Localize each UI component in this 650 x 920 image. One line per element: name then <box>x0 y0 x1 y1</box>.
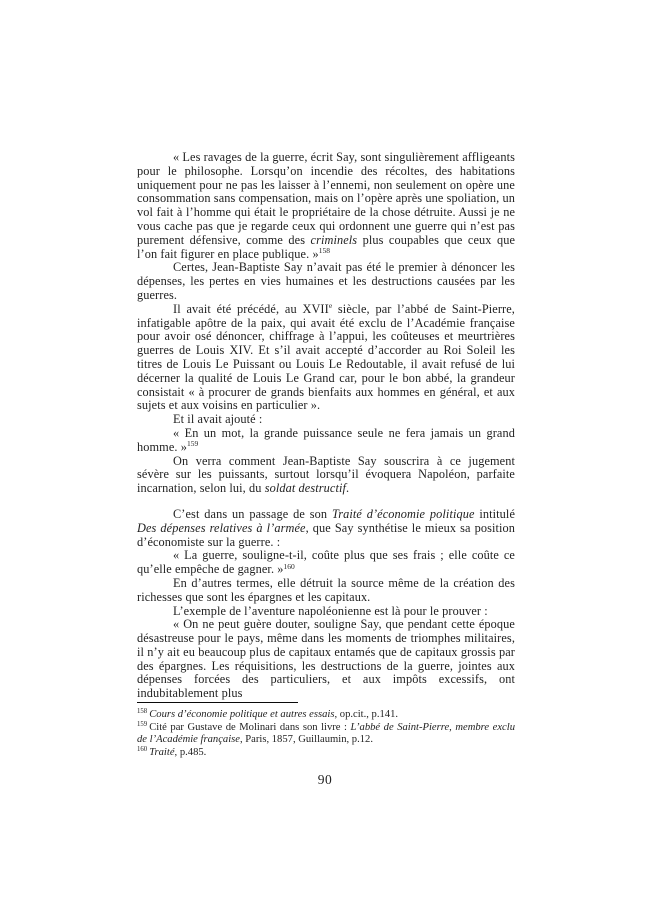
text-run: , p.485. <box>175 747 207 758</box>
page-number: 90 <box>0 772 650 788</box>
footnote-ref: 160 <box>284 562 295 571</box>
body-paragraph: On verra comment Jean-Baptiste Say sousc… <box>137 455 515 496</box>
body-paragraph: « Les ravages de la guerre, écrit Say, s… <box>137 151 515 261</box>
footnote: 159Cité par Gustave de Molinari dans son… <box>137 722 515 747</box>
footnote-marker: 158 <box>137 708 147 715</box>
italic-text: Traité d’économie politique <box>332 507 475 521</box>
body-paragraph: Et il avait ajouté : <box>137 413 515 427</box>
body-paragraph: « La guerre, souligne-t-il, coûte plus q… <box>137 549 515 577</box>
body-paragraph: « On ne peut guère douter, souligne Say,… <box>137 618 515 701</box>
footnote-ref: e <box>329 301 332 310</box>
footnote-separator <box>137 702 298 703</box>
footnote-marker: 159 <box>137 721 147 728</box>
text-run: « La guerre, souligne-t-il, coûte plus q… <box>137 548 515 576</box>
footnote: 160Traité, p.485. <box>137 747 515 760</box>
italic-text: Traité <box>149 747 174 758</box>
body-text: « Les ravages de la guerre, écrit Say, s… <box>137 151 515 701</box>
text-run: En d’autres termes, elle détruit la sour… <box>137 576 515 604</box>
text-run: intitulé <box>475 507 515 521</box>
italic-text: soldat destructif <box>265 481 346 495</box>
footnote-marker: 160 <box>137 746 147 753</box>
text-run: . <box>346 481 349 495</box>
text-run: siècle, par l’abbé de Saint-Pierre, infa… <box>137 302 515 413</box>
footnote: 158Cours d’économie politique et autres … <box>137 709 515 722</box>
body-paragraph: « En un mot, la grande puissance seule n… <box>137 427 515 455</box>
italic-text: criminels <box>311 233 358 247</box>
italic-text: Cours d’économie politique et autres ess… <box>149 709 334 720</box>
text-run: , Paris, 1857, Guillaumin, p.12. <box>240 734 373 745</box>
footnote-ref: 158 <box>319 246 330 255</box>
text-run: « On ne peut guère douter, souligne Say,… <box>137 617 515 700</box>
text-run: , op.cit., p.141. <box>334 709 398 720</box>
body-paragraph: L’exemple de l’aventure napoléonienne es… <box>137 605 515 619</box>
text-run: Cité par Gustave de Molinari dans son li… <box>149 722 350 733</box>
body-paragraph: Certes, Jean-Baptiste Say n’avait pas ét… <box>137 261 515 302</box>
text-run: L’exemple de l’aventure napoléonienne es… <box>173 604 488 618</box>
footnotes-section: 158Cours d’économie politique et autres … <box>137 702 515 759</box>
text-run: Et il avait ajouté : <box>173 412 262 426</box>
body-paragraph: C’est dans un passage de son Traité d’éc… <box>137 508 515 549</box>
italic-text: Des dépenses relatives à l’armée <box>137 521 306 535</box>
text-run: Il avait été précédé, au XVII <box>173 302 329 316</box>
page: « Les ravages de la guerre, écrit Say, s… <box>0 0 650 920</box>
body-paragraph: Il avait été précédé, au XVIIe siècle, p… <box>137 303 515 413</box>
footnote-ref: 159 <box>187 439 198 448</box>
text-run: Certes, Jean-Baptiste Say n’avait pas ét… <box>137 260 515 302</box>
text-run: C’est dans un passage de son <box>173 507 332 521</box>
body-paragraph: En d’autres termes, elle détruit la sour… <box>137 577 515 605</box>
footnote-list: 158Cours d’économie politique et autres … <box>137 709 515 759</box>
